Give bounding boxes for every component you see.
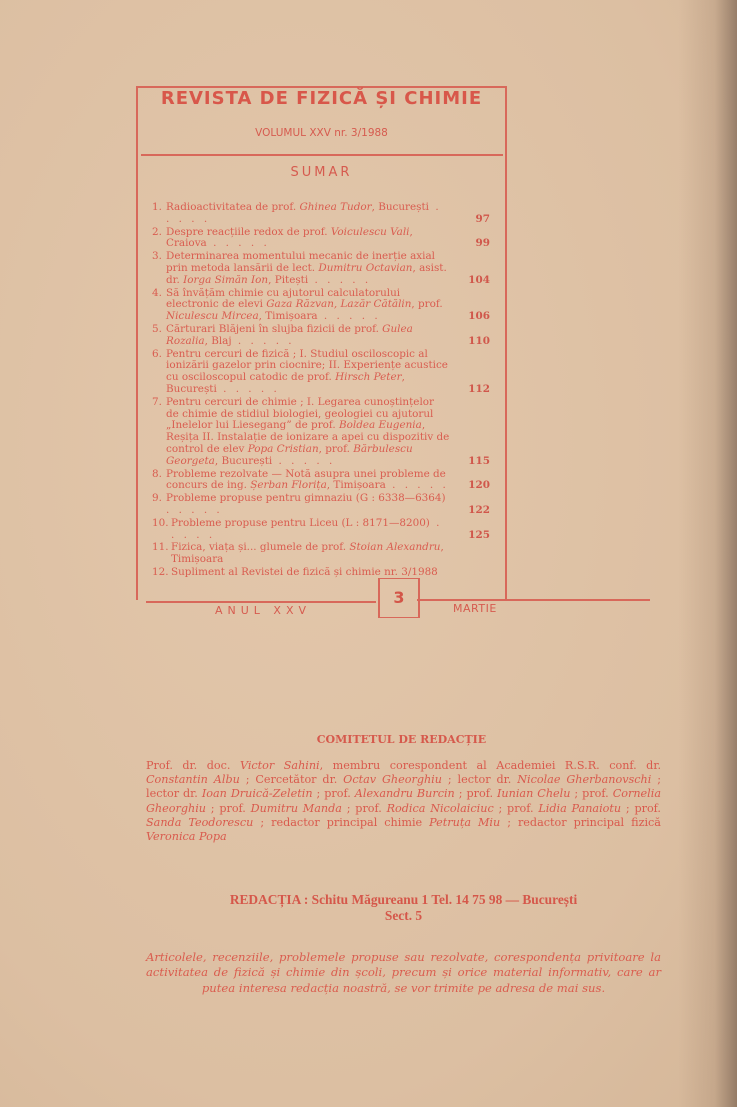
member-name: Nicolae Gherbanovschi bbox=[517, 773, 651, 786]
member-role: Cercetător dr. bbox=[255, 773, 343, 786]
leader-dots: . . . . . bbox=[308, 274, 371, 286]
toc-text-fragment: , Timișoara bbox=[327, 479, 386, 491]
toc-entry-text: Cărturari Blăjeni în slujba fizicii de p… bbox=[152, 324, 490, 348]
toc-text-fragment: Pentru cercuri de fizică ; I. Studiul os… bbox=[166, 348, 448, 384]
toc-entry-number: 6. bbox=[152, 349, 162, 361]
toc-text-fragment: Despre reacțiile redox de prof. bbox=[166, 226, 331, 238]
footer-rule-left bbox=[146, 601, 376, 603]
member-role: prof. bbox=[466, 787, 497, 800]
header-divider bbox=[141, 154, 503, 156]
member-name: Victor Sahini bbox=[240, 759, 320, 772]
member-name: Sanda Teodorescu bbox=[146, 816, 253, 829]
toc-page-number: 122 bbox=[468, 505, 490, 517]
member-role: Prof. dr. doc. bbox=[146, 759, 240, 772]
year-label: ANUL XXV bbox=[215, 604, 311, 617]
member-role: redactor principal fizică bbox=[518, 816, 661, 829]
toc-entry: 8.Probleme rezolvate — Notă asupra unei … bbox=[152, 469, 490, 493]
toc-entry-number: 9. bbox=[152, 493, 162, 505]
toc-page-number: 125 bbox=[468, 530, 490, 542]
toc-text-fragment: , București bbox=[372, 201, 429, 213]
toc-text-fragment: Supliment al Revistei de fizică și chimi… bbox=[171, 566, 438, 578]
toc-entry-text: Probleme propuse pentru Liceu (L : 8171—… bbox=[152, 518, 490, 542]
toc-text-fragment: , Pitești bbox=[268, 274, 308, 286]
toc-text-fragment: , Timișoara bbox=[259, 310, 318, 322]
member-separator: ; bbox=[455, 787, 467, 800]
toc-entry: 5.Cărturari Blăjeni în slujba fizicii de… bbox=[152, 324, 490, 348]
toc-text-fragment: Cărturari Blăjeni în slujba fizicii de p… bbox=[166, 323, 382, 335]
toc-entry: 9.Probleme propuse pentru gimnaziu (G : … bbox=[152, 493, 490, 517]
toc-entry: 11.Fizica, viața și... glumele de prof. … bbox=[152, 542, 490, 566]
toc-entry-number: 8. bbox=[152, 469, 162, 481]
member-name: Ioan Druică-Zeletin bbox=[202, 787, 313, 800]
member-separator: ; bbox=[500, 816, 518, 829]
member-role: prof. bbox=[507, 802, 538, 815]
toc-text-fragment: Fizica, viața și... glumele de prof. bbox=[171, 541, 349, 553]
member-name: Veronica Popa bbox=[146, 830, 227, 843]
author-name: Voiculescu Vali bbox=[331, 226, 410, 238]
contents-heading: SUMAR bbox=[136, 165, 507, 180]
toc-entry-text: Despre reacțiile redox de prof. Voicules… bbox=[152, 227, 490, 251]
leader-dots: . . . . . bbox=[386, 479, 449, 491]
editorial-committee-title: COMITETUL DE REDACȚIE bbox=[136, 733, 667, 746]
member-role: prof. bbox=[582, 787, 613, 800]
toc-entry-text: Radioactivitatea de prof. Ghinea Tudor, … bbox=[152, 202, 490, 226]
toc-entry-number: 12. bbox=[152, 567, 169, 579]
toc-entry-text: Supliment al Revistei de fizică și chimi… bbox=[152, 567, 490, 579]
address-line-2: Sect. 5 bbox=[146, 908, 661, 924]
toc-entry-number: 2. bbox=[152, 227, 162, 239]
leader-dots: . . . . . bbox=[272, 455, 335, 467]
toc-entry: 6.Pentru cercuri de fizică ; I. Studiul … bbox=[152, 349, 490, 396]
member-name: Iunian Chelu bbox=[497, 787, 570, 800]
toc-entry-text: Probleme propuse pentru gimnaziu (G : 63… bbox=[152, 493, 490, 517]
author-name: Șerban Florița bbox=[250, 479, 327, 491]
member-separator: ; bbox=[621, 802, 634, 815]
toc-entry-number: 5. bbox=[152, 324, 162, 336]
author-name: Stoian Alexandru bbox=[349, 541, 440, 553]
member-separator: ; bbox=[442, 773, 458, 786]
member-separator: , membru corespondent al Academiei R.S.R… bbox=[320, 759, 610, 772]
toc-text-fragment: Probleme propuse pentru gimnaziu (G : 63… bbox=[166, 492, 446, 504]
toc-entry-number: 10. bbox=[152, 518, 169, 530]
toc-entry: 10.Probleme propuse pentru Liceu (L : 81… bbox=[152, 518, 490, 542]
member-role: prof. bbox=[324, 787, 355, 800]
toc-page-number: 99 bbox=[476, 238, 490, 250]
toc-entry: 7.Pentru cercuri de chimie ; I. Legarea … bbox=[152, 397, 490, 468]
member-separator: ; bbox=[206, 802, 219, 815]
toc-entry: 1.Radioactivitatea de prof. Ghinea Tudor… bbox=[152, 202, 490, 226]
member-name: Dumitru Manda bbox=[251, 802, 342, 815]
leader-dots: . . . . . bbox=[217, 383, 280, 395]
toc-entry: 4.Să învățăm chimie cu ajutorul calculat… bbox=[152, 288, 490, 323]
member-name: Rodica Nicolaiciuc bbox=[387, 802, 494, 815]
toc-entry-number: 4. bbox=[152, 288, 162, 300]
toc-entry-text: Fizica, viața și... glumele de prof. Sto… bbox=[152, 542, 490, 566]
member-separator: ; bbox=[240, 773, 256, 786]
toc-entry: 12.Supliment al Revistei de fizică și ch… bbox=[152, 567, 490, 579]
leader-dots: . . . . . bbox=[207, 237, 270, 249]
toc-entry: 3.Determinarea momentului mecanic de ine… bbox=[152, 251, 490, 286]
member-separator: ; bbox=[570, 787, 582, 800]
toc-text-fragment: Radioactivitatea de prof. bbox=[166, 201, 299, 213]
toc-entry-number: 11. bbox=[152, 542, 169, 554]
toc-text-fragment: , Blaj bbox=[205, 335, 232, 347]
member-name: Octav Gheorghiu bbox=[343, 773, 442, 786]
footer-rule-right bbox=[417, 599, 650, 601]
toc-entry-text: Să învățăm chimie cu ajutorul calculator… bbox=[152, 288, 490, 323]
toc-entry-number: 7. bbox=[152, 397, 162, 409]
toc-page-number: 110 bbox=[468, 336, 490, 348]
toc-page-number: 106 bbox=[468, 311, 490, 323]
member-name: Alexandru Burcin bbox=[355, 787, 455, 800]
toc-entry-number: 1. bbox=[152, 202, 162, 214]
address-line-1: REDACȚIA : Schitu Măgureanu 1 Tel. 14 75… bbox=[146, 892, 661, 908]
toc-page-number: 104 bbox=[468, 275, 490, 287]
member-role: conf. dr. bbox=[609, 759, 661, 772]
member-name: Constantin Albu bbox=[146, 773, 240, 786]
member-role: lector dr. bbox=[146, 787, 202, 800]
journal-title: REVISTA DE FIZICĂ ȘI CHIMIE bbox=[136, 88, 507, 109]
member-separator: ; bbox=[342, 802, 355, 815]
author-name: Dumitru Octavian bbox=[318, 262, 412, 274]
toc-entry-number: 3. bbox=[152, 251, 162, 263]
editorial-office-address: REDACȚIA : Schitu Măgureanu 1 Tel. 14 75… bbox=[146, 892, 661, 924]
author-name: Gaza Răzvan, Lazăr Cătălin bbox=[266, 298, 411, 310]
table-of-contents: 1.Radioactivitatea de prof. Ghinea Tudor… bbox=[152, 202, 490, 580]
author-name: Niculescu Mircea bbox=[166, 310, 259, 322]
submission-note: Articolele, recenziile, problemele propu… bbox=[146, 950, 661, 996]
member-separator: ; bbox=[253, 816, 271, 829]
toc-entry: 2.Despre reacțiile redox de prof. Voicul… bbox=[152, 227, 490, 251]
member-role: redactor principal chimie bbox=[271, 816, 429, 829]
member-separator: ; bbox=[494, 802, 507, 815]
member-role: lector dr. bbox=[458, 773, 518, 786]
toc-entry-text: Determinarea momentului mecanic de inerț… bbox=[152, 251, 490, 286]
toc-entry-text: Pentru cercuri de fizică ; I. Studiul os… bbox=[152, 349, 490, 396]
editorial-committee-list: Prof. dr. doc. Victor Sahini, membru cor… bbox=[146, 759, 661, 844]
month-label: MARTIE bbox=[453, 602, 497, 615]
toc-page-number: 97 bbox=[476, 214, 490, 226]
leader-dots: . . . . . bbox=[232, 335, 295, 347]
leader-dots: . . . . . bbox=[318, 310, 381, 322]
toc-text-fragment: , București bbox=[215, 455, 272, 467]
member-role: prof. bbox=[219, 802, 250, 815]
leader-dots: . . . . . bbox=[166, 504, 223, 516]
member-role: prof. bbox=[355, 802, 386, 815]
toc-page-number: 112 bbox=[468, 384, 490, 396]
author-name: Popa Cristian bbox=[248, 443, 319, 455]
volume-issue: VOLUMUL XXV nr. 3/1988 bbox=[136, 127, 507, 139]
author-name: Boldea Eugenia bbox=[339, 419, 422, 431]
author-name: Hirsch Peter bbox=[335, 371, 401, 383]
member-name: Petruța Miu bbox=[429, 816, 500, 829]
toc-page-number: 120 bbox=[468, 480, 490, 492]
toc-entry-text: Pentru cercuri de chimie ; I. Legarea cu… bbox=[152, 397, 490, 468]
author-name: Ghinea Tudor bbox=[299, 201, 371, 213]
member-separator: ; bbox=[651, 773, 661, 786]
toc-text-fragment: , prof. bbox=[411, 298, 442, 310]
toc-page-number: 115 bbox=[468, 456, 490, 468]
member-separator: ; bbox=[313, 787, 325, 800]
author-name: Iorga Simăn Ion bbox=[183, 274, 268, 286]
toc-entry-text: Probleme rezolvate — Notă asupra unei pr… bbox=[152, 469, 490, 493]
issue-number-box: 3 bbox=[378, 578, 420, 618]
toc-text-fragment: , prof. bbox=[319, 443, 354, 455]
toc-text-fragment: Probleme propuse pentru Liceu (L : 8171—… bbox=[171, 517, 430, 529]
member-role: prof. bbox=[634, 802, 661, 815]
member-name: Lidia Panaiotu bbox=[538, 802, 621, 815]
